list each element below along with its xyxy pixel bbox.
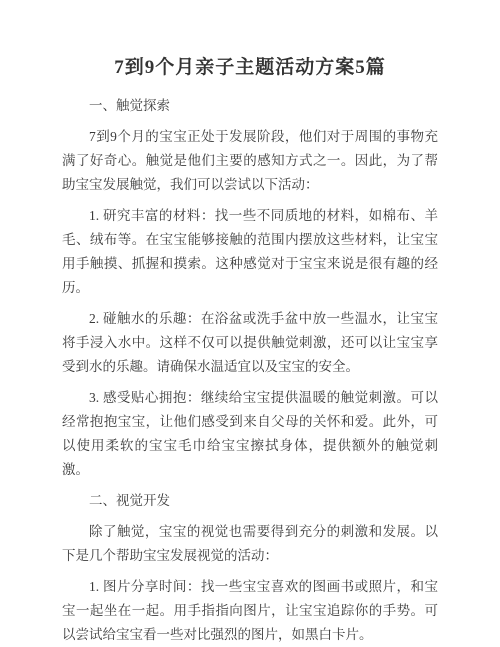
section-heading-1: 一、触觉探索 [62,94,438,118]
paragraph-tactile-item-3: 3. 感受贴心拥抱：继续给宝宝提供温暖的触觉刺激。可以经常抱抱宝宝，让他们感受到… [62,386,438,482]
paragraph-visual-item-1: 1. 图片分享时间：找一些宝宝喜欢的图画书或照片，和宝宝一起坐在一起。用手指指向… [62,575,438,647]
paragraph-intro-visual: 除了触觉，宝宝的视觉也需要得到充分的刺激和发展。以下是几个帮助宝宝发展视觉的活动… [62,520,438,568]
document-title: 7到9个月亲子主题活动方案5篇 [0,0,500,82]
document-page: 7到9个月亲子主题活动方案5篇 一、触觉探索 7到9个月的宝宝正处于发展阶段，他… [0,0,500,647]
section-tactile-exploration: 一、触觉探索 7到9个月的宝宝正处于发展阶段，他们对于周围的事物充满了好奇心。触… [62,94,438,482]
paragraph-intro-tactile: 7到9个月的宝宝正处于发展阶段，他们对于周围的事物充满了好奇心。触觉是他们主要的… [62,125,438,197]
paragraph-tactile-item-2: 2. 碰触水的乐趣：在浴盆或洗手盆中放一些温水，让宝宝将手浸入水中。这样不仅可以… [62,307,438,379]
section-heading-2: 二、视觉开发 [62,489,438,513]
document-body: 一、触觉探索 7到9个月的宝宝正处于发展阶段，他们对于周围的事物充满了好奇心。触… [0,82,500,647]
paragraph-tactile-item-1: 1. 研究丰富的材料：找一些不同质地的材料，如棉布、羊毛、绒布等。在宝宝能够接触… [62,204,438,300]
section-visual-development: 二、视觉开发 除了触觉，宝宝的视觉也需要得到充分的刺激和发展。以下是几个帮助宝宝… [62,489,438,647]
